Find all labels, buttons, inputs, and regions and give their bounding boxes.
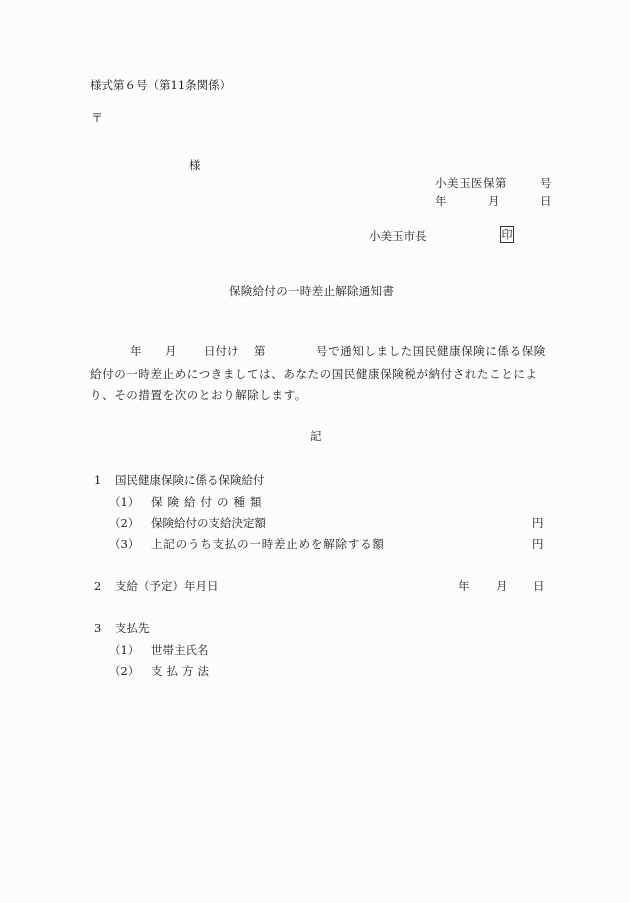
section-1-item-2-label: 保険給付の支給決定額 bbox=[151, 518, 266, 530]
payment-date-year: 年 bbox=[458, 581, 470, 593]
section-2-number: 2 bbox=[94, 581, 101, 593]
recipient-honorific: 様 bbox=[189, 160, 201, 172]
reference-year: 年 bbox=[130, 346, 142, 358]
issue-date-month: 月 bbox=[488, 196, 500, 208]
section-1-item-2-number: （2） bbox=[109, 518, 139, 530]
body-text-line-1: 号で通知しました国民健康保険に係る保険 bbox=[316, 346, 546, 358]
section-3-item-1-label: 世帯主氏名 bbox=[151, 645, 209, 657]
document-number-prefix: 小美玉医保第 bbox=[435, 178, 507, 190]
body-text-line-3: り、その措置を次のとおり解除します。 bbox=[90, 390, 307, 402]
section-1-title: 国民健康保険に係る保険給付 bbox=[115, 475, 265, 487]
section-1-item-3-number: （3） bbox=[109, 539, 139, 551]
section-3-title: 支払先 bbox=[115, 623, 150, 635]
document-number-suffix: 号 bbox=[540, 178, 552, 190]
body-text-line-2: 給付の一時差止めにつきましては、あなたの国民健康保険税が納付されたことによ bbox=[90, 369, 537, 381]
issue-date-year: 年 bbox=[435, 196, 447, 208]
section-1-item-1-number: （1） bbox=[109, 497, 139, 509]
section-3-item-2-number: （2） bbox=[109, 666, 139, 678]
ki-heading: 記 bbox=[310, 431, 322, 443]
section-3-item-2-label: 支払方法 bbox=[151, 666, 213, 678]
section-1-item-3-label: 上記のうち支払の一時差止めを解除する額 bbox=[151, 539, 385, 551]
section-1-item-1-label: 保険給付の種類 bbox=[151, 497, 267, 509]
section-1-item-3-unit: 円 bbox=[532, 539, 544, 551]
reference-number-prefix: 第 bbox=[254, 346, 266, 358]
issuer-name: 小美玉市長 bbox=[369, 231, 427, 243]
payment-date-day: 日 bbox=[533, 581, 545, 593]
section-1-item-2-unit: 円 bbox=[532, 518, 544, 530]
official-seal-icon: 印 bbox=[500, 226, 514, 243]
section-3-item-1-number: （1） bbox=[109, 645, 139, 657]
section-2-title: 支給（予定）年月日 bbox=[115, 581, 219, 593]
form-number-label: 様式第６号（第11条関係） bbox=[90, 80, 231, 92]
reference-month: 月 bbox=[165, 346, 177, 358]
section-1-number: 1 bbox=[94, 475, 101, 487]
section-3-number: 3 bbox=[94, 623, 101, 635]
reference-date-suffix: 日付け bbox=[204, 346, 239, 358]
document-title: 保険給付の一時差止解除通知書 bbox=[229, 286, 394, 298]
payment-date-month: 月 bbox=[496, 581, 508, 593]
postal-mark-icon: 〒 bbox=[91, 112, 103, 124]
issue-date-day: 日 bbox=[540, 196, 552, 208]
